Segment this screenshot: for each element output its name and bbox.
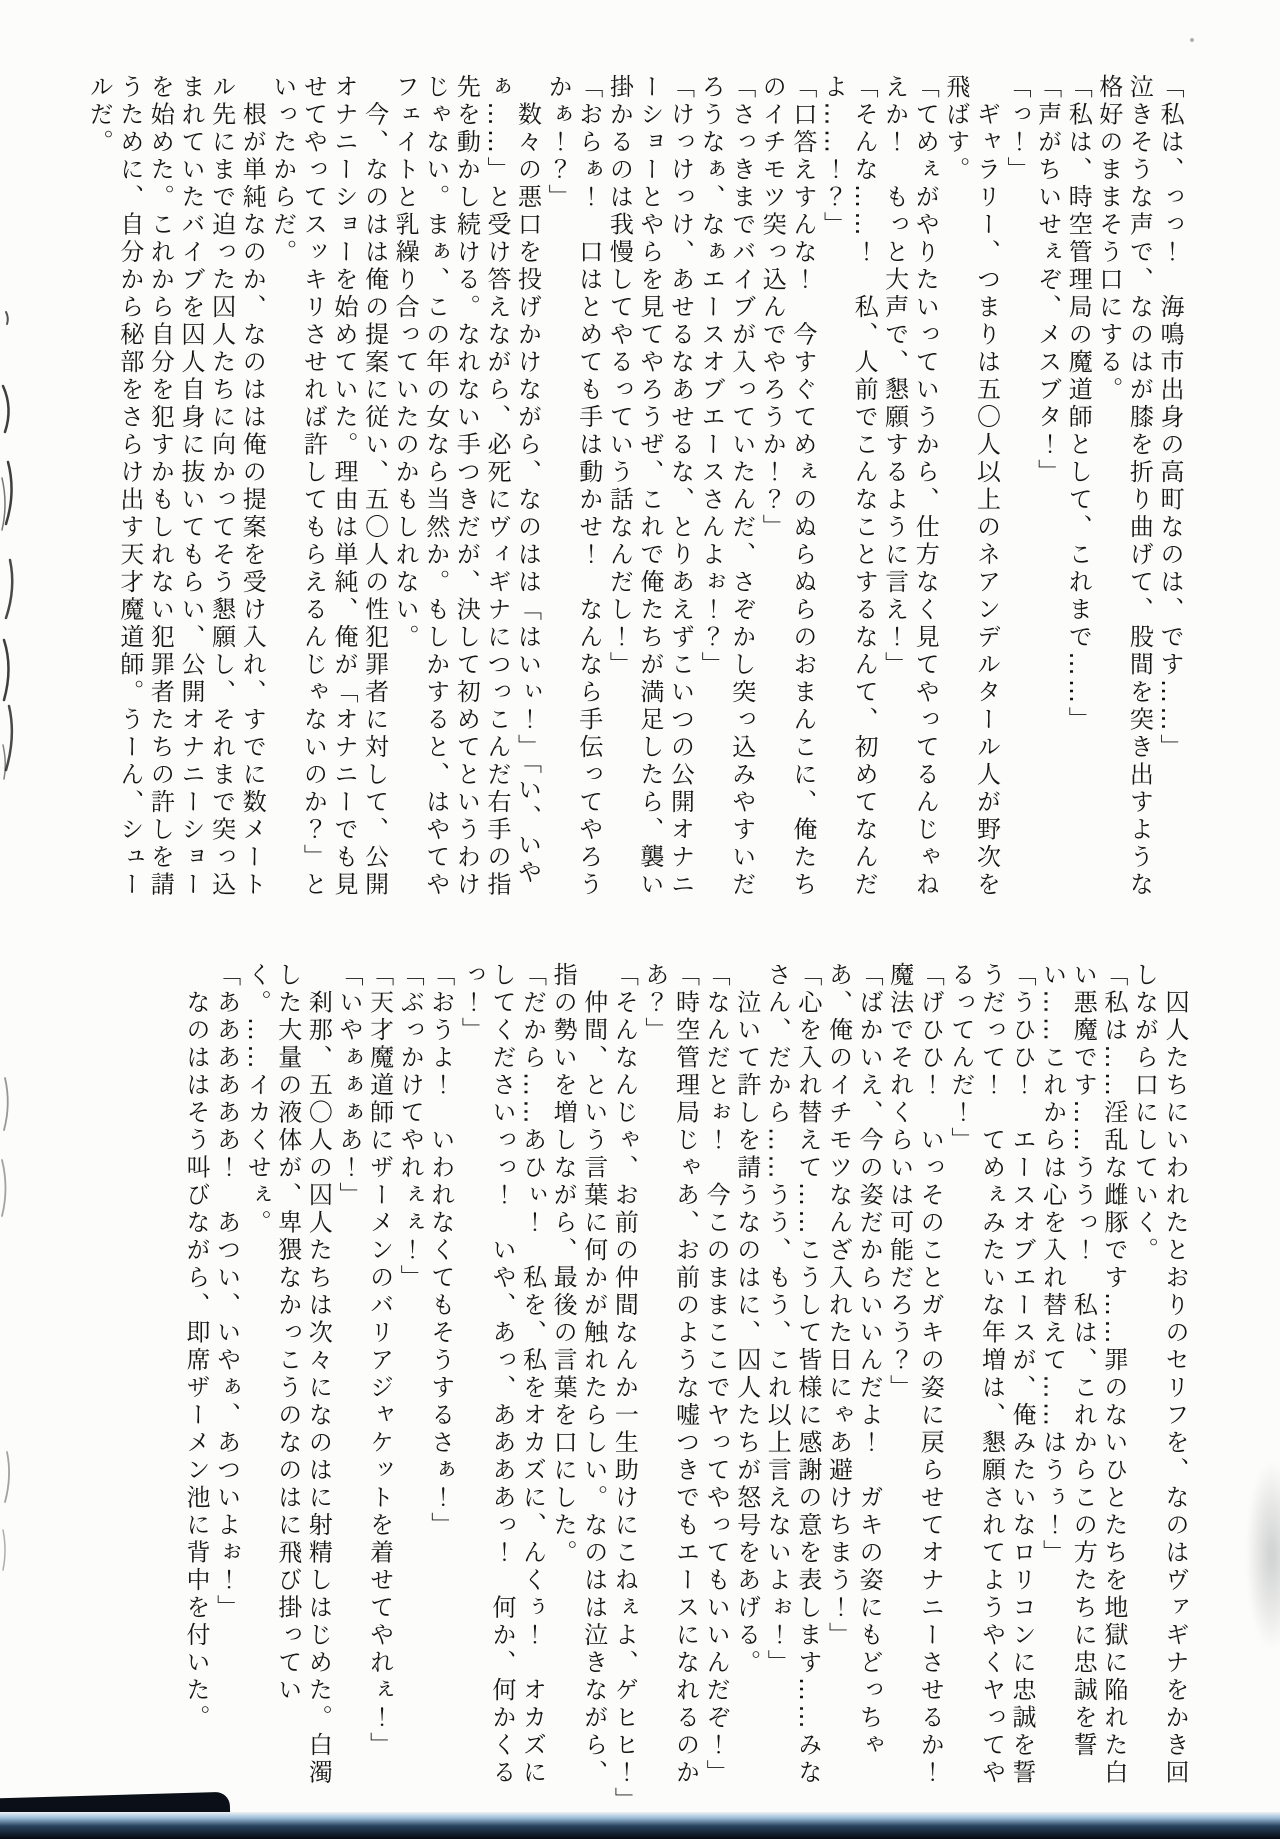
paragraph: 「天才魔道師にザーメンのバリアジャケットを着せてやれぇ！」 bbox=[364, 962, 395, 1814]
paragraph: 今、なのはは俺の提案に従い、五〇人の性犯罪者に対して、公開オナニーショーを始めて… bbox=[267, 74, 389, 922]
paragraph: 「さっきまでバイブが入っていたんだ、さぞかし突っ込みやすいだろうなぁ、なぁエース… bbox=[696, 74, 757, 922]
paragraph: 「ぶっかけてやれぇぇ！」 bbox=[395, 962, 426, 1814]
scanned-page: 「私は、っっ！ 海鳴市出身の高町なのは、です……」泣きそうな声で、なのはが膝を折… bbox=[0, 0, 1280, 1839]
paragraph: 「だから……あひぃ！ 私を、私をオカズに、んくぅ！ オカズにしてくださいっっ！ … bbox=[456, 962, 548, 1814]
paragraph: 数々の悪口を投げかけながら、なのはは「はいぃ！」「い、いやぁ……」と受け答えなが… bbox=[390, 74, 543, 922]
text-block-top: 「私は、っっ！ 海鳴市出身の高町なのは、です……」泣きそうな声で、なのはが膝を折… bbox=[75, 74, 1185, 922]
paragraph: 刹那、五〇人の囚人たちは次々になのはに射精しはじめた。白濁した大量の液体が、卑猥… bbox=[242, 962, 334, 1814]
paragraph: 「そんな……！ 私、人前でこんなことするなんて、初めてなんだよ……！？」 bbox=[818, 74, 879, 922]
paragraph: 「おうよ！ いわれなくてもそうするさぁ！」 bbox=[425, 962, 456, 1814]
left-edge-scratch-marks bbox=[0, 0, 60, 1839]
scan-dust-speck bbox=[1190, 38, 1194, 42]
paragraph: 「なんだとぉ！ 今このままここでヤってやってもいいんだぞ！」 bbox=[701, 962, 732, 1814]
paragraph: 「うひひ！ エースオブエースが、俺みたいなロリコンに忠誠を誓うだって！ てめぇみ… bbox=[945, 962, 1037, 1814]
paragraph: 「口答えすんな！ 今すぐてめぇのぬらぬらのおまんこに、俺たちのイチモツ突っ込んで… bbox=[757, 74, 818, 922]
paragraph: 「っ！」 bbox=[1001, 74, 1032, 922]
paragraph: 泣きそうな声で、なのはが膝を折り曲げて、股間を突き出すような格好のままそう口にす… bbox=[1093, 74, 1154, 922]
paragraph: 「てめぇがやりたいっていうから、仕方なく見てやってるんじゃねえか！ もっと大声で… bbox=[879, 74, 940, 922]
paragraph: 「ばかいえ、今の姿だからいいんだよ！ ガキの姿にもどっちゃあ、俺のイチモツなんざ… bbox=[823, 962, 884, 1814]
paragraph: ギャラリー、つまりは五〇人以上のネアンデルタール人が野次を飛ばす。 bbox=[940, 74, 1001, 922]
paragraph: 仲間、という言葉に何かが触れたらしい。なのはは泣きながら、指の勢いを増しながら、… bbox=[548, 962, 609, 1814]
paragraph: 「心を入れ替えて……こうして皆様に感謝の意を表します……みなさん、だから……うう… bbox=[762, 962, 823, 1814]
text-block-bottom: 囚人たちにいわれたとおりのセリフを、なのはヴァギナをかき回しながら口にしていく。… bbox=[180, 962, 1190, 1814]
paragraph: 「おらぁ！ 口はとめても手は動かせ！ なんなら手伝ってやろうかぁ！？」 bbox=[543, 74, 604, 922]
paragraph: 根が単純なのか、なのはは俺の提案を受け入れ、すでに数メートル先にまで迫った囚人た… bbox=[84, 74, 268, 922]
paragraph: 「声がちいせぇぞ、メスブタ！」 bbox=[1032, 74, 1063, 922]
paragraph: 「けっけっけ、あせるなあせるな、とりあえずこいつの公開オナニーショーとやらを見て… bbox=[604, 74, 696, 922]
paragraph: 囚人たちにいわれたとおりのセリフを、なのはヴァギナをかき回しながら口にしていく。 bbox=[1129, 962, 1190, 1814]
paragraph: なのははそう叫びながら、即席ザーメン池に背中を付いた。 bbox=[180, 962, 211, 1814]
paragraph: 「ああああああ！ あつい、いやぁ、あついよぉ！」 bbox=[211, 962, 242, 1814]
paragraph: 「私は、時空管理局の魔道師として、これまで……」 bbox=[1063, 74, 1094, 922]
paragraph: 「私は……淫乱な雌豚です……罪のないひとたちを地獄に陥れた白い悪魔です……ううっ… bbox=[1037, 962, 1129, 1814]
bottom-edge-band bbox=[0, 1812, 1280, 1839]
paragraph: 「私は、っっ！ 海鳴市出身の高町なのは、です……」 bbox=[1154, 74, 1185, 922]
paragraph: 「そんなんじゃ、お前の仲間なんか一生助けにこねぇよ、ゲヒヒ！」 bbox=[609, 962, 640, 1814]
paragraph: 「時空管理局じゃあ、お前のような嘘つきでもエースになれるのかあ？」 bbox=[639, 962, 700, 1814]
paragraph: 「いやぁぁぁあ！」 bbox=[333, 962, 364, 1814]
paragraph: 「げひひ！ いっそのことガキの姿に戻らせてオナニーさせるか！ 魔法でそれくらいは… bbox=[884, 962, 945, 1814]
right-edge-smudge bbox=[1246, 1460, 1280, 1650]
paragraph: 泣いて許しを請うなのはに、囚人たちが怒号をあげる。 bbox=[731, 962, 762, 1814]
